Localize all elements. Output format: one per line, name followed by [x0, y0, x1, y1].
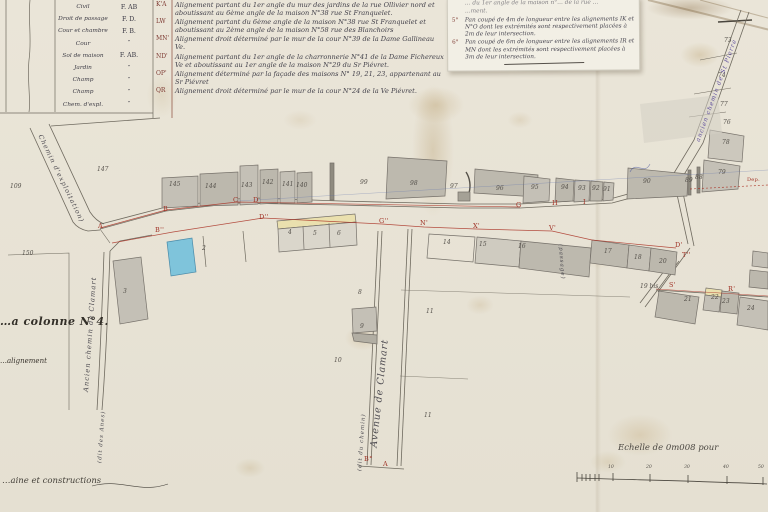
tenure-name: Cour et chambre [58, 28, 108, 34]
legend-code: OP' [156, 70, 173, 77]
alignment-point-letter: R' [728, 285, 735, 293]
note-text: … du 1er angle de la maison n°… de la ru… [465, 0, 635, 8]
note-code: 5° [452, 17, 458, 23]
tenure-name: Droit de passage [58, 16, 108, 22]
tenure-value: ″ [108, 101, 150, 108]
parcel-number-label: 18 [634, 254, 642, 261]
note-text: …ment. [465, 8, 635, 16]
notes-flap: … du 1er angle de la maison n°… de la ru… [447, 0, 641, 72]
table-row: Champ″ [0, 86, 153, 98]
table-row: Droit de passageF. D. [0, 13, 153, 25]
legend-text: Alignement droit déterminé par le mur de… [175, 35, 445, 51]
map-annotation: …a colonne N°4. [0, 315, 109, 328]
alignment-point-letter: D [253, 196, 259, 204]
tenure-name: Champ [58, 89, 108, 95]
legend-text: Alignement déterminé par la façade des m… [175, 70, 445, 86]
alignment-point-letter: A [383, 460, 388, 468]
parcel-number-label: 92 [592, 185, 600, 192]
paper-creases [648, 0, 768, 30]
tenure-value: F. D. [108, 16, 150, 23]
parcel-number-label: 90 [643, 178, 651, 185]
parcel-number-label: 15 [479, 241, 487, 248]
table-row: Champ″ [0, 74, 153, 86]
parcel-number-label: 88 [695, 174, 703, 181]
table-row: Chem. d'expl.″ [0, 99, 153, 111]
signature-flourish [92, 484, 168, 488]
parcel-number-label: 99 [360, 179, 368, 186]
legend-code: QR [156, 87, 173, 94]
table-row: CivilF. AB [0, 1, 153, 13]
note-text: Pan coupé de 6m de longueur entre les al… [465, 39, 635, 62]
scale-tick-label: 20 [646, 465, 652, 470]
parcel-number-label: 89 [685, 177, 693, 184]
parcel-number-label: 9 [360, 323, 364, 330]
note-code: 6° [452, 40, 458, 46]
alignment-point-letter: X' [473, 222, 480, 230]
parcel-number-label: 98 [410, 180, 418, 187]
note-line: 6°Pan coupé de 6m de longueur entre les … [452, 39, 635, 62]
alignment-point-letter: Dep. [747, 177, 760, 183]
note-line: … du 1er angle de la maison n°… de la ru… [452, 0, 635, 8]
note-line: 5°Pan coupé de 4m de longueur entre les … [452, 16, 635, 39]
legend-text: Alignement partant du 1er angle de la ch… [175, 53, 445, 69]
alignment-point-letter: G [516, 201, 522, 209]
parcel-number-label: 5 [313, 230, 317, 237]
alignment-legend: K'AAlignement partant du 1er angle du mu… [155, 1, 445, 96]
alignment-point-letter: B [163, 205, 168, 213]
parcel-number-label: 10 [334, 357, 342, 364]
alignment-point-letter: C [233, 196, 238, 204]
tenure-value: F. AB [108, 4, 150, 11]
alignment-point-letter: S' [669, 281, 676, 289]
buildings [113, 95, 768, 344]
legend-entry: K'AAlignement partant du 1er angle du mu… [155, 1, 445, 17]
parcel-number-label: 96 [496, 185, 504, 192]
parcel-number-label: 109 [10, 183, 21, 190]
scale-tick-label: 50 [758, 465, 764, 470]
tenure-table: CivilF. ABDroit de passageF. D.Cour et c… [0, 1, 153, 111]
tenure-name: Sol de maison [58, 53, 108, 59]
tenure-value: ″ [108, 89, 150, 96]
parcel-number-label: 97 [450, 183, 458, 190]
tenure-value: ″ [108, 40, 150, 47]
margin-note: …aine et constructions [2, 476, 101, 486]
alignment-point-letter: V' [549, 224, 556, 232]
parcel-number-label: 142 [262, 179, 273, 186]
table-row: Jardin″ [0, 62, 153, 74]
scale-tick-label: 40 [723, 465, 729, 470]
tenure-value: ″ [108, 77, 150, 84]
alignment-point-letter: N' [420, 219, 428, 227]
legend-code: ND' [156, 53, 173, 60]
alignment-point-letter: B° [364, 455, 373, 463]
legend-text: Alignement droit déterminé par le mur de… [175, 87, 445, 95]
note-text: Pan coupé de 4m de longueur entre les al… [465, 16, 635, 39]
underline-flourish [504, 62, 584, 65]
parcel-number-label: 6 [337, 230, 341, 237]
tenure-name: Champ [58, 77, 108, 83]
parcel-number-label: 2 [202, 245, 206, 252]
parcel-number-label: 3 [123, 288, 127, 295]
table-row: Cour″ [0, 38, 153, 50]
parcel-number-label: 79 [718, 169, 726, 176]
parcel-number-label: 14 [443, 239, 451, 246]
parcel-number-label: 140 [296, 182, 307, 189]
alignment-point-letter: G'' [379, 217, 389, 225]
tenure-value: ″ [108, 65, 150, 72]
parcel-number-label: 8 [358, 289, 362, 296]
legend-code: MN' [156, 35, 173, 42]
table-row: Sol de maisonF. AB. [0, 50, 153, 62]
alignment-point-letter: A [98, 222, 103, 230]
alignment-point-letter: I [583, 198, 586, 206]
parcel-number-label: 150 [22, 250, 33, 257]
alignment-plan-sheet: CivilF. ABDroit de passageF. D.Cour et c… [0, 0, 768, 512]
parcel-number-label: 4 [288, 229, 292, 236]
parcel-number-label: 21 [684, 296, 692, 303]
scale-caption: Echelle de 0m008 pour [618, 443, 768, 453]
tenure-name: Chem. d'expl. [58, 102, 108, 108]
table-row: Cour et chambreF. B. [0, 25, 153, 37]
parcel-number-label: 23 [722, 298, 730, 305]
parcel-number-label: 93 [578, 185, 586, 192]
legend-code: LW [156, 18, 173, 25]
scale-tick-label: 10 [608, 465, 614, 470]
parcel-number-label: 16 [518, 243, 526, 250]
parcel-number-label: 91 [603, 186, 611, 193]
map-annotation: …alignement [0, 357, 47, 365]
alignment-point-letter: H [552, 199, 558, 207]
parcel-number-label: 141 [282, 181, 293, 188]
tenure-value: F. B. [108, 28, 150, 35]
tenure-value: F. AB. [108, 52, 150, 59]
note-line: …ment. [452, 8, 635, 17]
parcel-number-label: 76 [723, 119, 731, 126]
alignment-point-letter: T'' [682, 251, 691, 259]
parcel-number-label: 143 [241, 182, 252, 189]
parcel-number-label: 24 [747, 305, 755, 312]
alignment-point-letter: D'' [259, 213, 269, 221]
parcel-number-label: 147 [97, 166, 108, 173]
parcel-number-label: 145 [169, 181, 180, 188]
legend-entry: LWAlignement partant du 6ème angle de la… [155, 18, 445, 34]
legend-entry: MN'Alignement droit déterminé par le mur… [155, 35, 445, 51]
parcel-number-label: 19 bis [640, 283, 658, 290]
tenure-name: Cour [58, 41, 108, 47]
legend-entry: ND'Alignement partant du 1er angle de la… [155, 53, 445, 69]
parcel-number-label: 20 [659, 258, 667, 265]
parcel-number-label: 77 [720, 101, 728, 108]
parcel-number-label: 17 [604, 248, 612, 255]
legend-text: Alignement partant du 6ème angle de la m… [175, 18, 445, 34]
parcel-number-label: 94 [561, 184, 569, 191]
alignment-point-letter: D' [675, 241, 683, 249]
parcel-number-label: 144 [205, 183, 216, 190]
scale-tick-label: 30 [684, 465, 690, 470]
legend-text: Alignement partant du 1er angle du mur d… [175, 1, 445, 17]
parcel-number-label: 78 [722, 139, 730, 146]
legend-entry: QRAlignement droit déterminé par le mur … [155, 87, 445, 95]
alignment-point-letter: B'' [155, 226, 164, 234]
tenure-name: Civil [58, 4, 108, 10]
tenure-name: Jardin [58, 65, 108, 71]
scale-bar [577, 472, 767, 485]
legend-entry: OP'Alignement déterminé par la façade de… [155, 70, 445, 86]
parcel-number-label: 11 [426, 308, 434, 315]
parcel-number-label: 95 [531, 184, 539, 191]
parcel-number-label: 22 [711, 294, 719, 301]
legend-code: K'A [156, 1, 173, 8]
parcel-number-label: 11 [424, 412, 432, 419]
